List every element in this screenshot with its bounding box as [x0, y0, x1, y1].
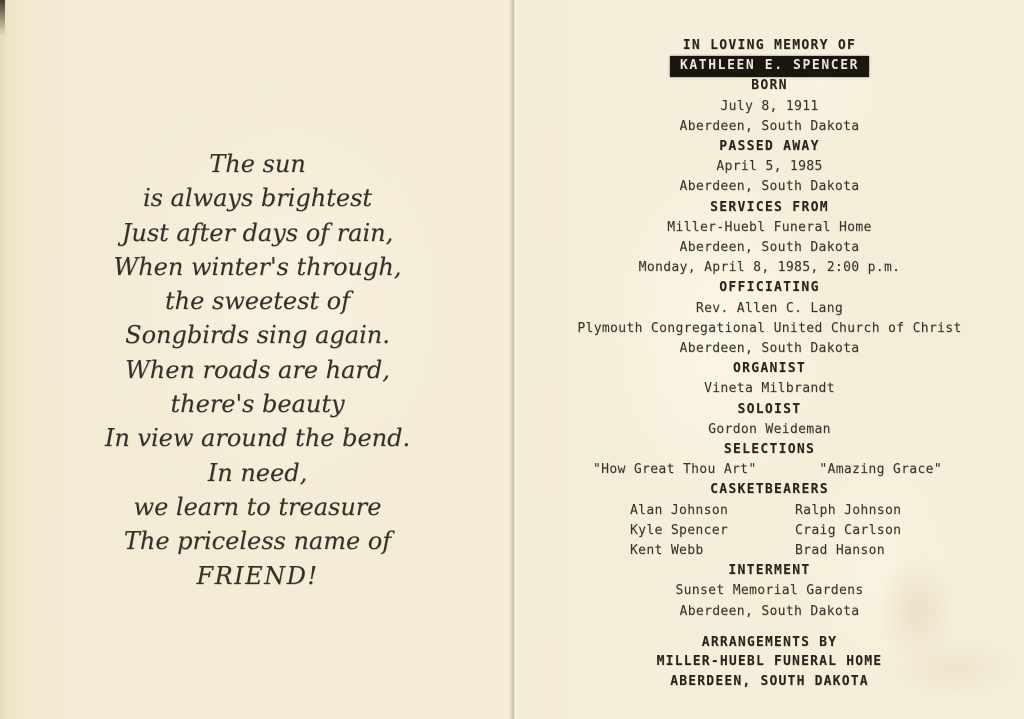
section-heading: SELECTIONS — [515, 440, 1024, 460]
memorial-program-scan: The sunis always brightestJust after day… — [0, 0, 1024, 719]
program-text: IN LOVING MEMORY OF KATHLEEN E. SPENCER … — [515, 36, 1024, 692]
section-line: Aberdeen, South Dakota — [515, 339, 1024, 359]
poem-line: there's beauty — [0, 387, 515, 421]
section-heading: ORGANIST — [515, 359, 1024, 379]
poem-line: In view around the bend. — [0, 421, 515, 455]
poem-line: When roads are hard, — [0, 353, 515, 387]
poem-text: The sunis always brightestJust after day… — [0, 147, 515, 593]
column-right-item: "Amazing Grace" — [819, 460, 942, 480]
section-heading: SERVICES FROM — [515, 198, 1024, 218]
section-line: Sunset Memorial Gardens — [515, 581, 1024, 601]
section-line: Miller-Huebl Funeral Home — [515, 218, 1024, 238]
section-heading: OFFICIATING — [515, 278, 1024, 298]
two-column-row: Kyle SpencerCraig Carlson — [515, 521, 1024, 541]
two-column-row: Alan JohnsonRalph Johnson — [515, 501, 1024, 521]
poem-line: The priceless name of — [0, 524, 515, 558]
poem-line: we learn to treasure — [0, 490, 515, 524]
two-column-row: "How Great Thou Art""Amazing Grace" — [515, 460, 1024, 480]
section-heading: CASKETBEARERS — [515, 480, 1024, 500]
program-sections: BORNJuly 8, 1911Aberdeen, South DakotaPA… — [515, 76, 1024, 621]
column-left-item: Kyle Spencer — [630, 521, 795, 541]
deceased-name-highlight: KATHLEEN E. SPENCER — [670, 56, 869, 77]
scan-corner-artifact — [0, 0, 5, 36]
memory-header: IN LOVING MEMORY OF — [515, 36, 1024, 56]
section-line: July 8, 1911 — [515, 97, 1024, 117]
poem-line: The sun — [0, 147, 515, 181]
section-line: Gordon Weideman — [515, 420, 1024, 440]
footer-line: MILLER-HUEBL FUNERAL HOME — [515, 652, 1024, 672]
poem-line: In need, — [0, 456, 515, 490]
arrangements-footer: ARRANGEMENTS BYMILLER-HUEBL FUNERAL HOME… — [515, 633, 1024, 692]
poem-line: Just after days of rain, — [0, 216, 515, 250]
section-line: Plymouth Congregational United Church of… — [515, 319, 1024, 339]
section-line: Aberdeen, South Dakota — [515, 177, 1024, 197]
section-line: Vineta Milbrandt — [515, 379, 1024, 399]
section-heading: INTERMENT — [515, 561, 1024, 581]
section-line: Aberdeen, South Dakota — [515, 602, 1024, 622]
section-line: Aberdeen, South Dakota — [515, 117, 1024, 137]
section-heading: SOLOIST — [515, 400, 1024, 420]
poem-line: the sweetest of — [0, 284, 515, 318]
section-line: Monday, April 8, 1985, 2:00 p.m. — [515, 258, 1024, 278]
two-column-row: Kent WebbBrad Hanson — [515, 541, 1024, 561]
program-page: IN LOVING MEMORY OF KATHLEEN E. SPENCER … — [515, 0, 1024, 719]
poem-line: is always brightest — [0, 181, 515, 215]
column-left-item: Alan Johnson — [630, 501, 795, 521]
section-line: Aberdeen, South Dakota — [515, 238, 1024, 258]
poem-line: When winter's through, — [0, 250, 515, 284]
column-right-item: Ralph Johnson — [795, 501, 901, 521]
poem-line: FRIEND! — [0, 559, 515, 593]
footer-line: ARRANGEMENTS BY — [515, 633, 1024, 653]
column-right-item: Brad Hanson — [795, 541, 885, 561]
section-line: April 5, 1985 — [515, 157, 1024, 177]
poem-page: The sunis always brightestJust after day… — [0, 0, 515, 719]
column-left-item: Kent Webb — [630, 541, 795, 561]
footer-line: ABERDEEN, SOUTH DAKOTA — [515, 672, 1024, 692]
section-heading: PASSED AWAY — [515, 137, 1024, 157]
section-heading: BORN — [515, 76, 1024, 96]
deceased-name-line: KATHLEEN E. SPENCER — [515, 56, 1024, 76]
center-fold — [509, 0, 518, 719]
column-right-item: Craig Carlson — [795, 521, 901, 541]
column-left-item: "How Great Thou Art" — [593, 460, 757, 480]
poem-line: Songbirds sing again. — [0, 318, 515, 352]
section-line: Rev. Allen C. Lang — [515, 299, 1024, 319]
